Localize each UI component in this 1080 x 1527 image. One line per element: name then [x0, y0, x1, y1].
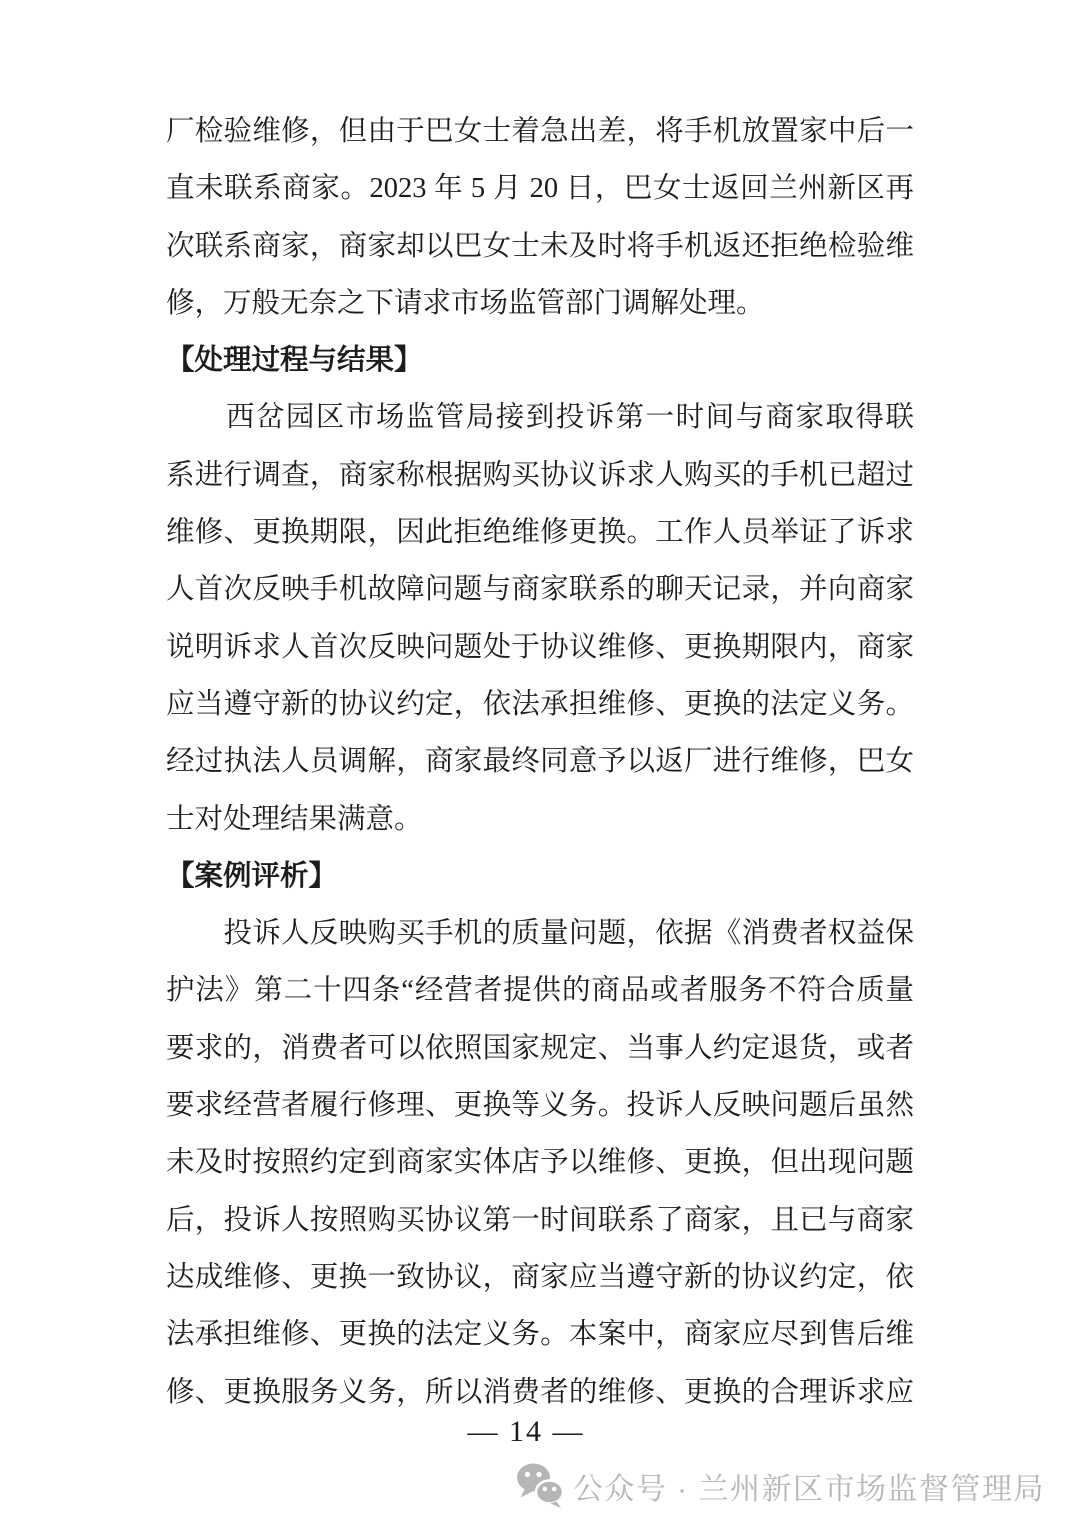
page-number: — 14 —	[166, 1412, 886, 1452]
body-line: 护法》第二十四条“经营者提供的商品或者服务不符合质量	[166, 962, 914, 1019]
body-line: 未及时按照约定到商家实体店予以维修、更换，但出现问题	[166, 1134, 914, 1191]
body-line: 经过执法人员调解，商家最终同意予以返厂进行维修，巴女	[166, 733, 914, 790]
body-line: 直未联系商家。2023 年 5 月 20 日，巴女士返回兰州新区再	[166, 160, 914, 217]
body-line: 要求经营者履行修理、更换等义务。投诉人反映问题后虽然	[166, 1077, 914, 1134]
body-line: 士对处理结果满意。	[166, 791, 914, 848]
body-line: 要求的，消费者可以依照国家规定、当事人约定退货，或者	[166, 1020, 914, 1077]
document-page: 厂检验维修，但由于巴女士着急出差，将手机放置家中后一 直未联系商家。2023 年…	[0, 0, 1080, 1527]
body-line: 系进行调查，商家称根据购买协议诉求人购买的手机已超过	[166, 447, 914, 504]
body-line: 修，万般无奈之下请求市场监管部门调解处理。	[166, 275, 914, 332]
wechat-icon	[516, 1463, 563, 1509]
body-line: 达成维修、更换一致协议，商家应当遵守新的协议约定，依	[166, 1249, 914, 1306]
body-line: 投诉人反映购买手机的质量问题，依据《消费者权益保	[166, 905, 914, 962]
watermark-text: 公众号 · 兰州新区市场监督管理局	[573, 1464, 1045, 1508]
body-line: 厂检验维修，但由于巴女士着急出差，将手机放置家中后一	[166, 103, 914, 160]
body-line: 次联系商家，商家却以巴女士未及时将手机返还拒绝检验维	[166, 218, 914, 275]
section-heading-case-analysis: 【案例评析】	[166, 848, 914, 905]
section-heading-process-result: 【处理过程与结果】	[166, 332, 914, 389]
body-line: 法承担维修、更换的法定义务。本案中，商家应尽到售后维	[166, 1306, 914, 1363]
body-line: 人首次反映手机故障问题与商家联系的聊天记录，并向商家	[166, 561, 914, 618]
body-line: 西岔园区市场监管局接到投诉第一时间与商家取得联	[166, 389, 914, 446]
watermark: 公众号 · 兰州新区市场监督管理局	[516, 1463, 1045, 1509]
body-line: 后，投诉人按照购买协议第一时间联系了商家，且已与商家	[166, 1192, 914, 1249]
body-line: 维修、更换期限，因此拒绝维修更换。工作人员举证了诉求	[166, 504, 914, 561]
body-line: 说明诉求人首次反映问题处于协议维修、更换期限内，商家	[166, 619, 914, 676]
body-line: 应当遵守新的协议约定，依法承担维修、更换的法定义务。	[166, 676, 914, 733]
document-body: 厂检验维修，但由于巴女士着急出差，将手机放置家中后一 直未联系商家。2023 年…	[166, 103, 914, 1421]
